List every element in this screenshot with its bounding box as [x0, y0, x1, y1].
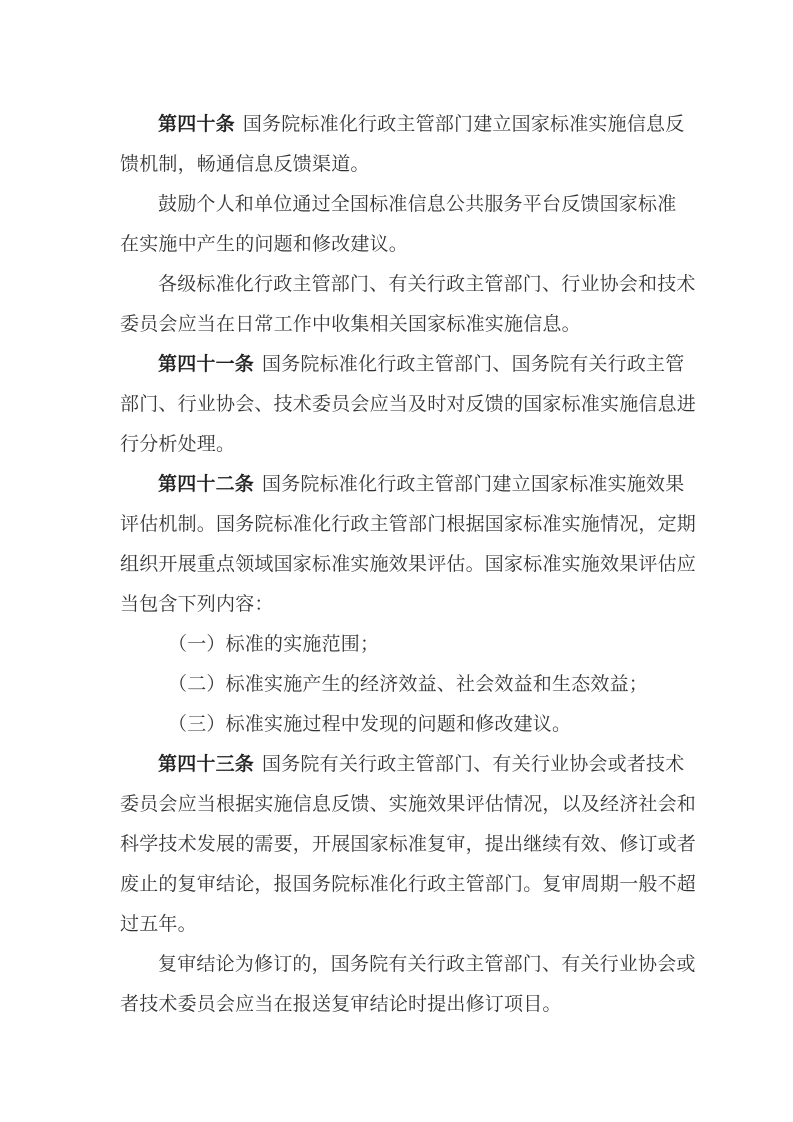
paragraph-line: 废止的复审结论，报国务院标准化行政主管部门。复审周期一般不超	[120, 864, 676, 904]
paragraph: 各级标准化行政主管部门、有关行政主管部门、行业协会和技术 委员会应当在日常工作中…	[120, 264, 676, 344]
paragraph-line: 第四十三条国务院有关行政主管部门、有关行业协会或者技术	[120, 744, 676, 784]
paragraph-line: 当包含下列内容：	[120, 584, 676, 624]
article-41: 第四十一条国务院标准化行政主管部门、国务院有关行政主管 部门、行业协会、技术委员…	[120, 344, 676, 464]
list-item: （一）标准的实施范围；	[120, 624, 676, 664]
paragraph-line: 组织开展重点领域国家标准实施效果评估。国家标准实施效果评估应	[120, 544, 676, 584]
paragraph-line: 评估机制。国务院标准化行政主管部门根据国家标准实施情况，定期	[120, 504, 676, 544]
paragraph-line: 科学技术发展的需要，开展国家标准复审，提出继续有效、修订或者	[120, 824, 676, 864]
document-page: 第四十条国务院标准化行政主管部门建立国家标准实施信息反 馈机制，畅通信息反馈渠道…	[120, 104, 676, 1024]
article-42: 第四十二条国务院标准化行政主管部门建立国家标准实施效果 评估机制。国务院标准化行…	[120, 464, 676, 624]
paragraph: 鼓励个人和单位通过全国标准信息公共服务平台反馈国家标准 在实施中产生的问题和修改…	[120, 184, 676, 264]
paragraph-line: 第四十一条国务院标准化行政主管部门、国务院有关行政主管	[120, 344, 676, 384]
paragraph-line: 者技术委员会应当在报送复审结论时提出修订项目。	[120, 984, 676, 1024]
article-number: 第四十条	[158, 113, 235, 135]
paragraph-line: 委员会应当在日常工作中收集相关国家标准实施信息。	[120, 304, 676, 344]
paragraph-line: 第四十二条国务院标准化行政主管部门建立国家标准实施效果	[120, 464, 676, 504]
paragraph-line: 委员会应当根据实施信息反馈、实施效果评估情况，以及经济社会和	[120, 784, 676, 824]
paragraph-line: 复审结论为修订的，国务院有关行政主管部门、有关行业协会或	[120, 944, 676, 984]
paragraph-line: 部门、行业协会、技术委员会应当及时对反馈的国家标准实施信息进	[120, 384, 676, 424]
article-43: 第四十三条国务院有关行政主管部门、有关行业协会或者技术 委员会应当根据实施信息反…	[120, 744, 676, 944]
paragraph: 复审结论为修订的，国务院有关行政主管部门、有关行业协会或 者技术委员会应当在报送…	[120, 944, 676, 1024]
paragraph-line: 行分析处理。	[120, 424, 676, 464]
article-number: 第四十一条	[158, 353, 254, 375]
paragraph-line: 在实施中产生的问题和修改建议。	[120, 224, 676, 264]
paragraph-line: 过五年。	[120, 904, 676, 944]
list-item: （二）标准实施产生的经济效益、社会效益和生态效益；	[120, 664, 676, 704]
article-number: 第四十二条	[158, 473, 254, 495]
paragraph-line: 第四十条国务院标准化行政主管部门建立国家标准实施信息反	[120, 104, 676, 144]
paragraph-line: 馈机制，畅通信息反馈渠道。	[120, 144, 676, 184]
article-number: 第四十三条	[158, 753, 254, 775]
paragraph-line: 各级标准化行政主管部门、有关行政主管部门、行业协会和技术	[120, 264, 676, 304]
article-40: 第四十条国务院标准化行政主管部门建立国家标准实施信息反 馈机制，畅通信息反馈渠道…	[120, 104, 676, 184]
list-item: （三）标准实施过程中发现的问题和修改建议。	[120, 704, 676, 744]
paragraph-line: 鼓励个人和单位通过全国标准信息公共服务平台反馈国家标准	[120, 184, 676, 224]
